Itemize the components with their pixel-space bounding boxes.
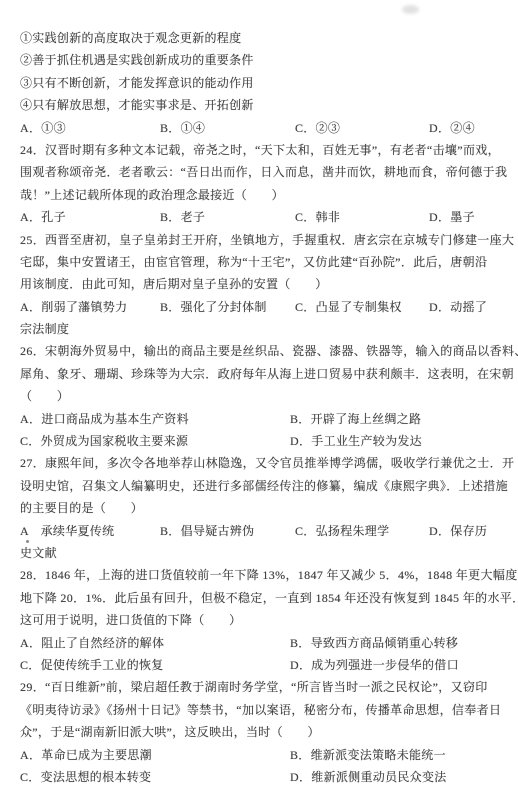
q23-choices-c: C．②③ xyxy=(295,117,429,139)
q24-choices: A．孔子B．老子C．韩非D．墨子 xyxy=(20,206,502,228)
q24-choices-a: A．孔子 xyxy=(20,206,160,228)
q29-choices-ab-a: A．革命已成为主要思潮 xyxy=(20,744,290,766)
q25-choices-d: D．动摇了 xyxy=(429,296,502,318)
q29-choices-ab: A．革命已成为主要思潮B．维新派变法策略未能统一 xyxy=(20,744,502,766)
q26-choices-cd: C．外贸成为国家税收主要来源D．手工业生产较为发达 xyxy=(20,430,502,452)
q28-stem-2: 地下降 20．1%．此后虽有回升，但极不稳定，一直到 1854 年还没有恢复到 … xyxy=(20,587,502,609)
scan-artifact xyxy=(402,5,419,14)
q25-stem-1: 25．西晋至唐初，皇子皇弟封王开府，坐镇地方，手握重权．唐玄宗在京城专门修建一座… xyxy=(20,229,502,251)
q26-stem-1: 26．宋朝海外贸易中，输出的商品主要是丝织品、瓷器、漆器、铁器等，输入的商品以香… xyxy=(20,340,502,362)
q26-choices-ab-b: B．开辟了海上丝绸之路 xyxy=(290,408,502,430)
q23-statement-4: ④只有解放思想，才能实事求是、开拓创新 xyxy=(20,94,502,116)
q27-choices-c: C．弘扬程朱理学 xyxy=(295,520,429,542)
q29-choices-ab-b: B．维新派变法策略未能统一 xyxy=(290,744,502,766)
q24-stem-2: 围观者称颂帝尧．老者歌云：“吾日出而作，日入而息，凿井而饮，耕地而食，帝何德于我 xyxy=(20,161,502,183)
q28-stem-1: 28．1846 年，上海的进口货值较前一年下降 13%，1847 年又减少 5．… xyxy=(20,564,502,586)
q25-stem-3: 用该制度．由此可知，唐后期对皇子皇孙的安置（ ） xyxy=(20,273,502,295)
q23-choices-b: B．①④ xyxy=(160,117,295,139)
q25-choices: A．削弱了藩镇势力B．强化了分封体制C．凸显了专制集权D．动摇了 xyxy=(20,296,502,318)
q29-choices-cd-b: D．维新派侧重动员民众变法 xyxy=(290,766,502,788)
q24-choices-d: D．墨子 xyxy=(429,206,502,228)
q26-choices-cd-a: C．外贸成为国家税收主要来源 xyxy=(20,430,290,452)
questions-area: ①实践创新的高度取决于观念更新的程度②善于抓住机遇是实践创新成功的重要条件③只有… xyxy=(20,27,502,788)
q28-choices-cd-b: D．成为列强进一步侵华的借口 xyxy=(290,654,502,676)
q28-choices-ab-b: B．导致西方商品倾销重心转移 xyxy=(290,632,502,654)
q24-choices-c: C．韩非 xyxy=(295,206,429,228)
q25-choice-d-wrap: 宗法制度 xyxy=(20,318,502,340)
q25-choices-b: B．强化了分封体制 xyxy=(160,296,295,318)
q25-choices-c: C．凸显了专制集权 xyxy=(295,296,429,318)
q26-choices-ab: A．进口商品成为基本生产资料B．开辟了海上丝绸之路 xyxy=(20,408,502,430)
exam-document-page: ①实践创新的高度取决于观念更新的程度②善于抓住机遇是实践创新成功的重要条件③只有… xyxy=(0,0,518,808)
q28-stem-3: 这可用于说明，进口货值的下降（ ） xyxy=(20,609,502,631)
q23-statement-3: ③只有不断创新，才能发挥意识的能动作用 xyxy=(20,72,502,94)
q29-choices-cd: C．变法思想的根本转变D．维新派侧重动员民众变法 xyxy=(20,766,502,788)
q24-choices-b: B．老子 xyxy=(160,206,295,228)
q28-choices-cd-a: C．促使传统手工业的恢复 xyxy=(20,654,290,676)
q27-stem-3: 的主要目的是（ ） xyxy=(20,497,502,519)
q26-choices-cd-b: D．手工业生产较为发达 xyxy=(290,430,502,452)
q24-stem-3: 哉！”上述记载所体现的政治理念最接近（ ） xyxy=(20,184,502,206)
q29-stem-1: 29．“百日维新”前，梁启超任教于湖南时务学堂，“所言皆当时一派之民权论”，又窃… xyxy=(20,676,502,698)
q27-choice-d-wrap: 史文献 xyxy=(20,542,502,564)
q29-stem-3: 众”，于是“湖南新旧派大哄”，这反映出，当时（ ） xyxy=(20,721,502,743)
q28-choices-ab-a: A．阻止了自然经济的解体 xyxy=(20,632,290,654)
q27-choices-d: D．保存历 xyxy=(429,520,502,542)
q27-choices-b: B．倡导疑古辨伪 xyxy=(160,520,295,542)
q26-stem-2: 犀角、象牙、珊瑚、珍珠等为大宗．政府每年从海上进口贸易中获利颇丰．这表明，在宋朝 xyxy=(20,363,502,385)
q23-choices-a: A．①③ xyxy=(20,117,160,139)
q23-choices: A．①③B．①④C．②③D．②④ xyxy=(20,117,502,139)
q27-choices-a: A 承续华夏传统 xyxy=(20,520,160,542)
q27-choices: A 承续华夏传统B．倡导疑古辨伪C．弘扬程朱理学D．保存历 xyxy=(20,520,502,542)
q23-statement-1: ①实践创新的高度取决于观念更新的程度 xyxy=(20,27,502,49)
q29-stem-2: 《明夷待访录》《扬州十日记》等禁书，“加以案语，秘密分布，传播革命思想，信奉者日 xyxy=(20,699,502,721)
q28-choices-ab: A．阻止了自然经济的解体B．导致西方商品倾销重心转移 xyxy=(20,632,502,654)
q26-choices-ab-a: A．进口商品成为基本生产资料 xyxy=(20,408,290,430)
q25-choices-a: A．削弱了藩镇势力 xyxy=(20,296,160,318)
q23-choices-d: D．②④ xyxy=(429,117,502,139)
q27-stem-2: 设明史馆，召集文人编纂明史，还进行多部儒经传注的修纂，编成《康熙字典》．上述措施 xyxy=(20,475,502,497)
q28-choices-cd: C．促使传统手工业的恢复D．成为列强进一步侵华的借口 xyxy=(20,654,502,676)
q23-statement-2: ②善于抓住机遇是实践创新成功的重要条件 xyxy=(20,49,502,71)
q27-stem-1: 27．康熙年间，多次令各地举荐山林隐逸，又令官员推举博学鸿儒，吸收学行兼优之士．… xyxy=(20,452,502,474)
q29-choices-cd-a: C．变法思想的根本转变 xyxy=(20,766,290,788)
q24-stem-1: 24．汉晋时期有多种文本记载，帝尧之时，“天下太和，百姓无事”，有老者“击壤”而… xyxy=(20,139,502,161)
q25-stem-2: 宅邸，集中安置诸王，由宦官管理，称为“十王宅”，又仿此建“百孙院”．此后，唐朝沿 xyxy=(20,251,502,273)
q26-stem-3: （ ） xyxy=(20,385,502,407)
